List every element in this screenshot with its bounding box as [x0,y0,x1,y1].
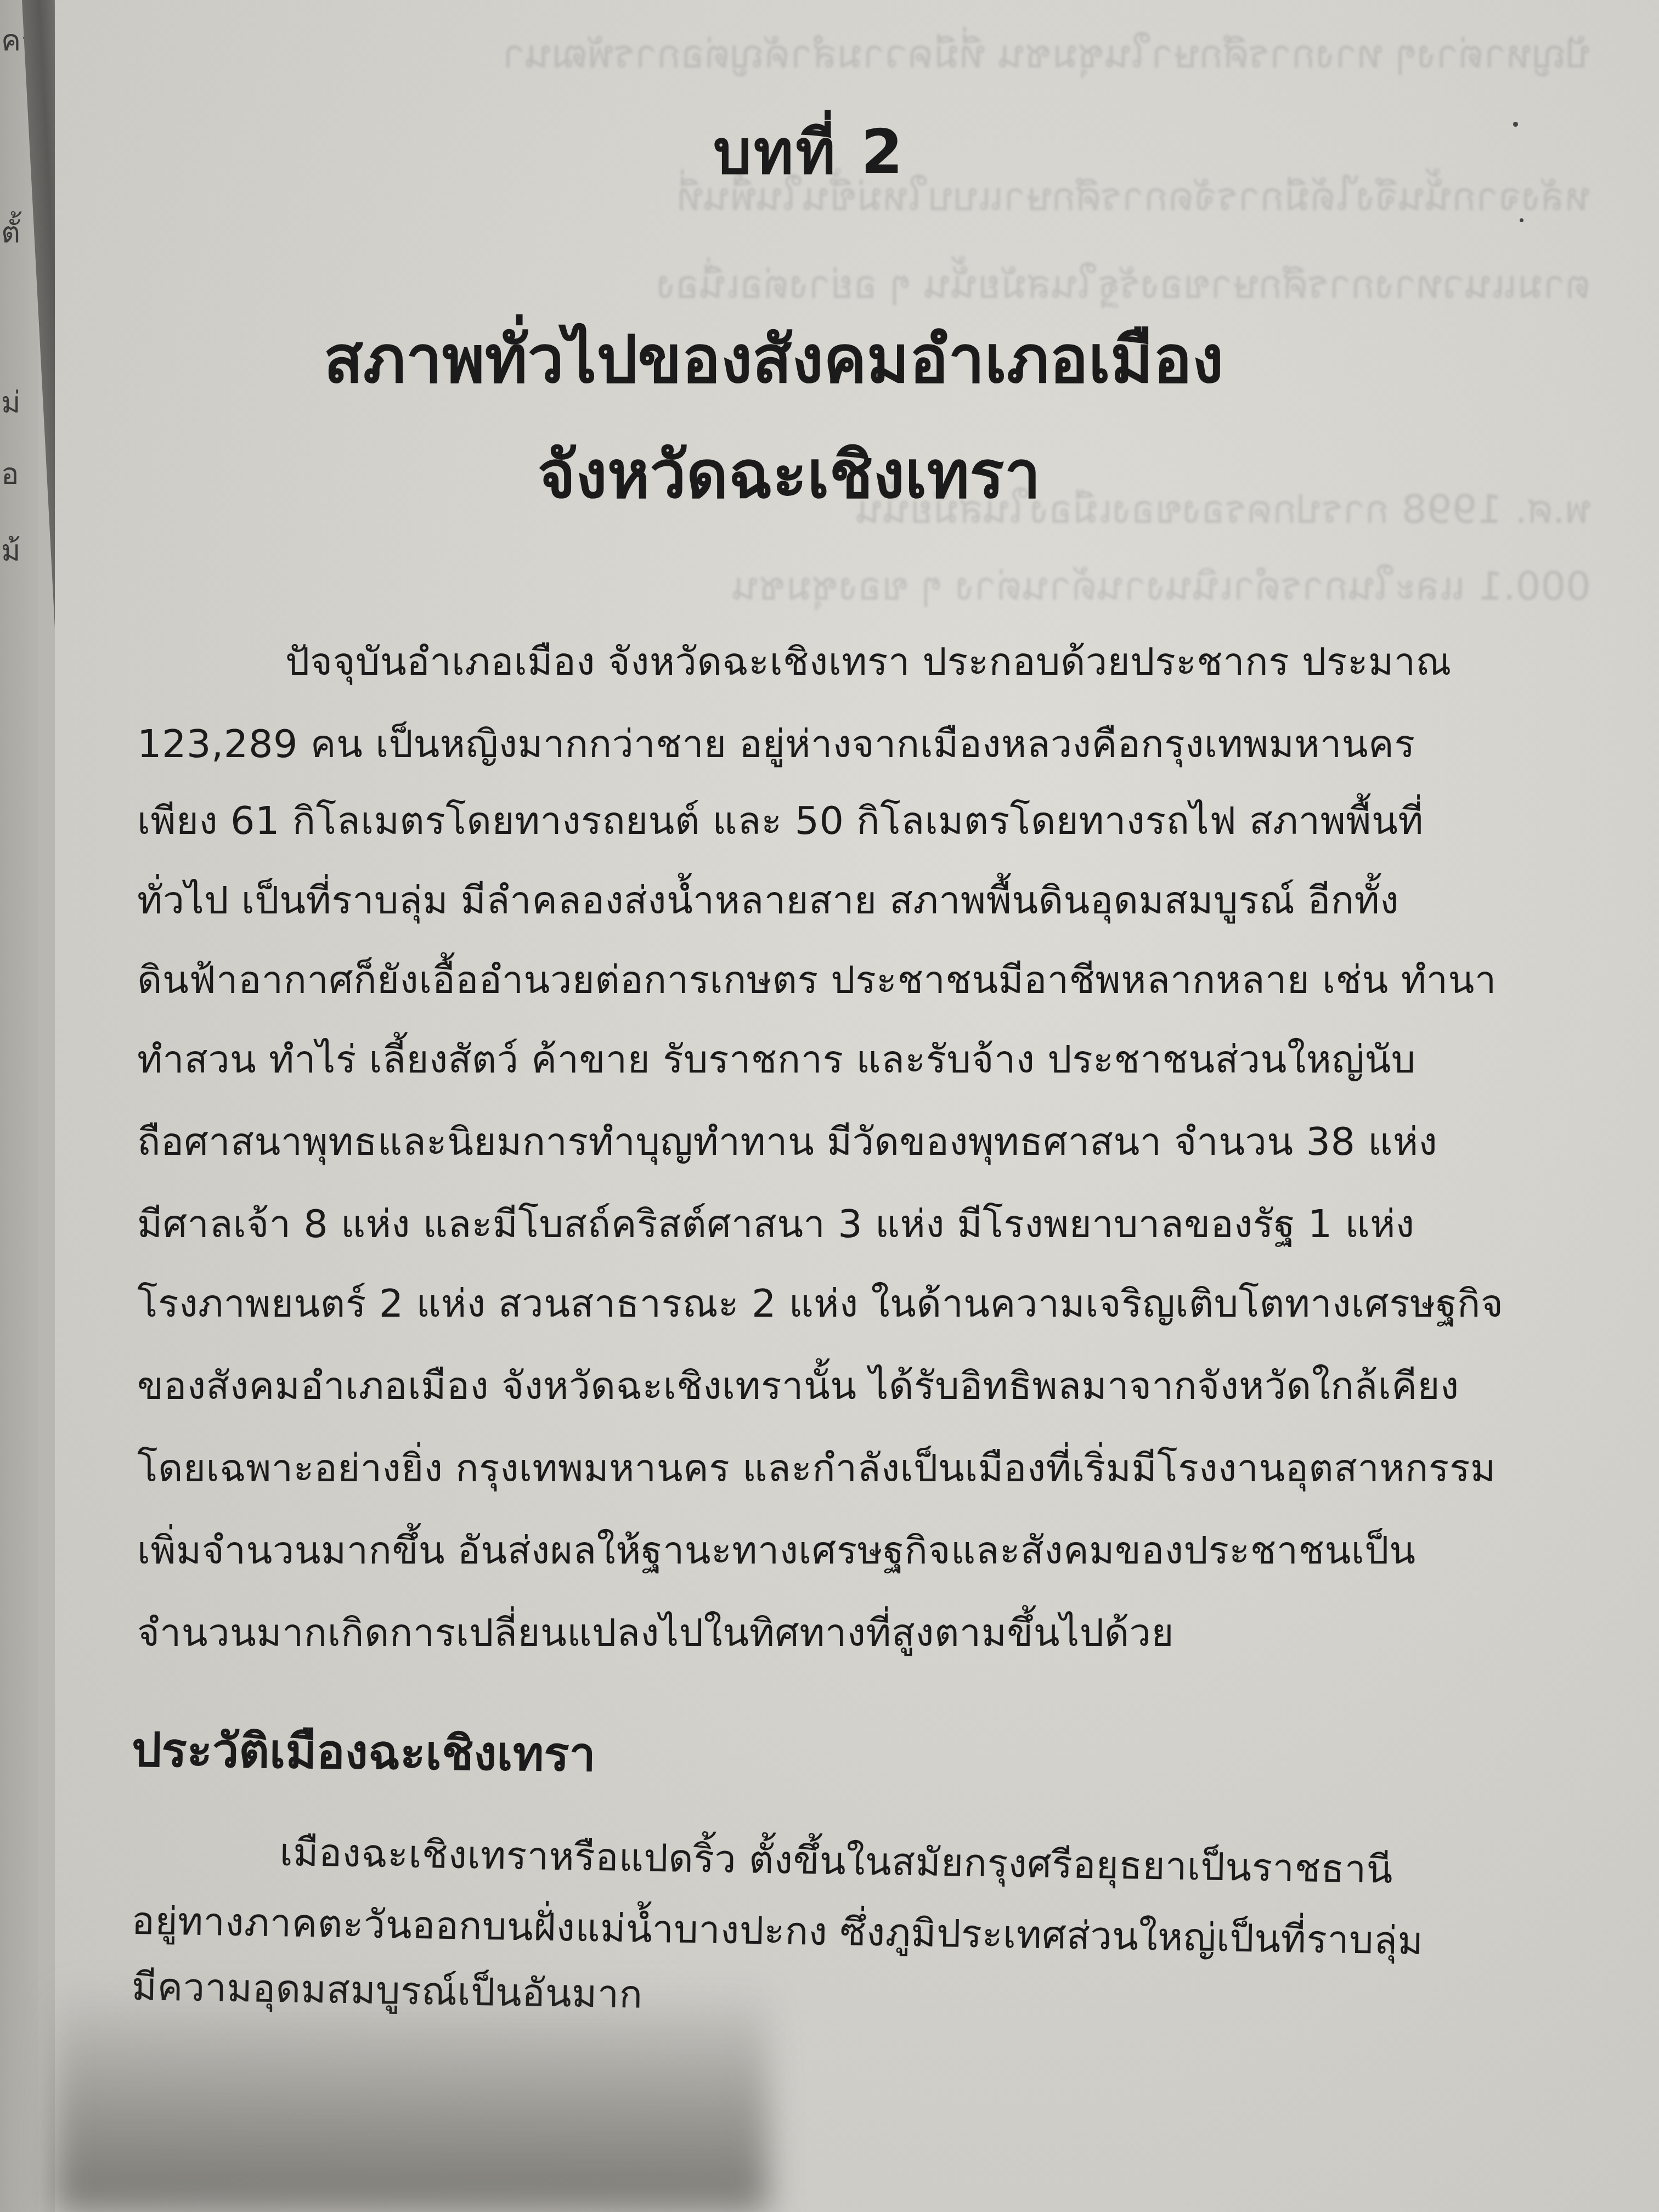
facing-page-glyph: ม่ [1,379,21,426]
paragraph-line: ปัจจุบันอำเภอเมือง จังหวัดฉะเชิงเทรา ประ… [285,631,1452,692]
bleed-through-text: 000.1 และในการดำเนินงานด้านต่าง ๆ ของชุม… [143,554,1591,617]
ink-speck [1520,218,1523,222]
paragraph-line: เพียง 61 กิโลเมตรโดยทางรถยนต์ และ 50 กิโ… [137,790,1424,851]
paragraph-line: ถือศาสนาพุทธและนิยมการทำบุญทำทาน มีวัดขอ… [137,1111,1437,1172]
paragraph-line: ทำสวน ทำไร่ เลี้ยงสัตว์ ค้าขาย รับราชการ… [137,1029,1416,1090]
chapter-number: บทที่ 2 [713,104,1097,200]
paragraph-line: มีศาลเจ้า 8 แห่ง และมีโบสถ์คริสต์ศาสนา 3… [137,1193,1415,1254]
paragraph-line: ทั่วไป เป็นที่ราบลุ่ม มีลำคลองส่งน้ำหลาย… [137,870,1399,930]
paragraph-line: โดยเฉพาะอย่างยิ่ง กรุงเทพมหานคร และกำลัง… [137,1437,1496,1498]
bleed-through-text: ปัญหาต่างๆ ทางการศึกษาในชุมชน ที่มีความส… [143,22,1591,85]
paragraph-line: เพิ่มจำนวนมากขึ้น อันส่งผลให้ฐานะทางเศรษ… [137,1520,1416,1581]
photo-shadow [55,1982,768,2212]
facing-page-glyph: ม้ [1,527,21,574]
facing-page-edge: คาน ตั้ ม่ อ ม้ [0,0,38,2212]
paragraph-line: 123,289 คน เป็นหญิงมากกว่าชาย อยู่ห่างจา… [137,713,1415,774]
chapter-title-line-1: สภาพทั่วไปของสังคมอำเภอเมือง [324,307,1223,410]
section-heading: ประวัติเมืองฉะเชิงเทรา [131,1712,596,1792]
bleed-through-text: ตามแนวทางการศึกษาของรัฐในสมัยนั้น ๆ อย่า… [143,252,1591,315]
ink-speck [1513,122,1518,127]
facing-page-glyph: อ [1,450,19,497]
chapter-title-line-2: จังหวัดฉะเชิงเทรา [538,422,1041,526]
paragraph-line: ดินฟ้าอากาศก็ยังเอื้ออำนวยต่อการเกษตร ปร… [137,949,1497,1010]
facing-page-glyph: ตั้ [1,208,20,256]
paragraph-line: จำนวนมากเกิดการเปลี่ยนแปลงไปในทิศทางที่ส… [137,1602,1174,1663]
paragraph-line: ของสังคมอำเภอเมือง จังหวัดฉะเชิงเทรานั้น… [137,1355,1459,1416]
paragraph-line: โรงภาพยนตร์ 2 แห่ง สวนสาธารณะ 2 แห่ง ในด… [137,1273,1503,1334]
